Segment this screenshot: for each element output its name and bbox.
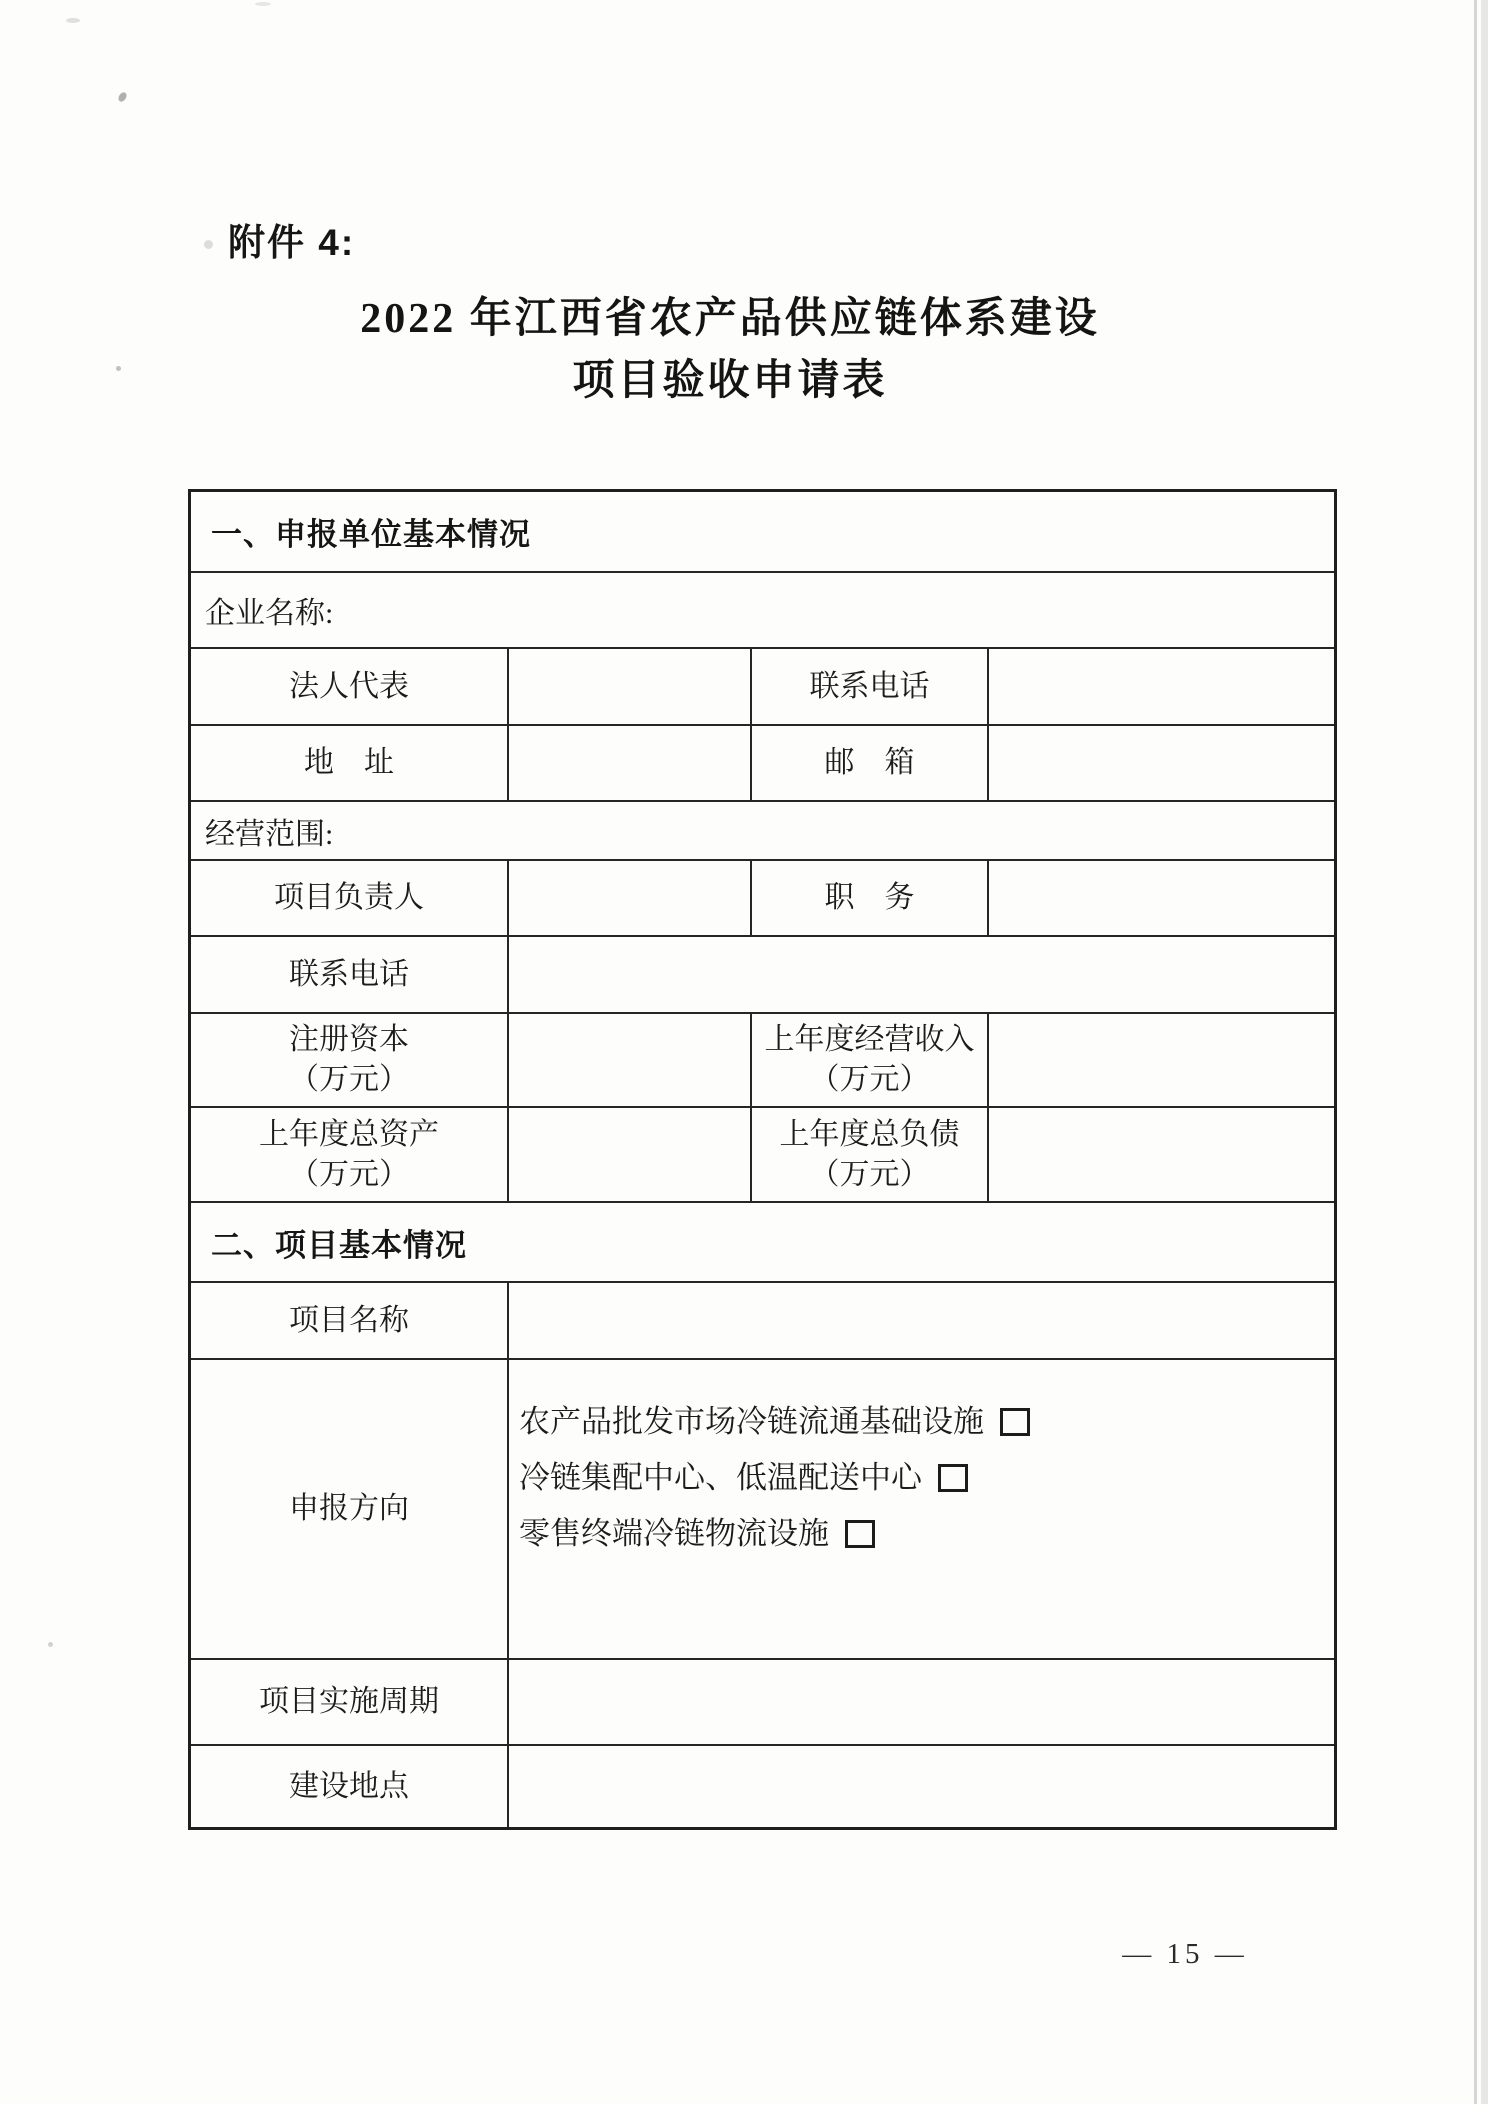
address-label: 地 址 (191, 726, 509, 800)
scan-edge-shadow (1474, 0, 1477, 2104)
document-title-line2: 项目验收申请表 (95, 350, 1365, 412)
scan-speck (255, 2, 271, 6)
checkbox-icon[interactable] (845, 1520, 875, 1548)
legal-rep-value-cell[interactable] (509, 649, 752, 724)
construction-site-label: 建设地点 (191, 1746, 509, 1827)
business-scope-label: 经营范围: (191, 802, 1334, 859)
position-label: 职 务 (752, 861, 989, 935)
direction-option-distribution-label: 冷链集配中心、低温配送中心 (519, 1450, 922, 1506)
scanned-document-page: 附件 4: 2022 年江西省农产品供应链体系建设 项目验收申请表 一、申报单位… (0, 0, 1488, 2104)
application-form-table: 一、申报单位基本情况 企业名称: 法人代表 联系电话 地 址 邮 箱 经营范围:… (188, 489, 1337, 1830)
company-name-label: 企业名称: (191, 573, 1334, 647)
construction-site-row: 建设地点 (191, 1746, 1334, 1827)
direction-option-wholesale: 农产品批发市场冷链流通基础设施 (519, 1394, 1030, 1450)
company-name-row: 企业名称: (191, 573, 1334, 649)
section2-header: 二、项目基本情况 (191, 1203, 1334, 1281)
last-year-income-value-cell[interactable] (989, 1014, 1334, 1106)
project-leader-row: 项目负责人 职 务 (191, 861, 1334, 937)
contact-phone-label: 联系电话 (752, 649, 989, 724)
last-year-income-label: 上年度经营收入 （万元） (752, 1014, 989, 1106)
email-label: 邮 箱 (752, 726, 989, 800)
project-leader-value-cell[interactable] (509, 861, 752, 935)
document-title-line1: 2022 年江西省农产品供应链体系建设 (95, 288, 1365, 350)
scan-speck (117, 91, 128, 103)
scan-edge-band (1481, 0, 1488, 2104)
section1-header-row: 一、申报单位基本情况 (191, 492, 1334, 573)
direction-option-retail: 零售终端冷链物流设施 (519, 1506, 875, 1562)
attachment-label: 附件 4: (228, 212, 355, 266)
project-name-row: 项目名称 (191, 1283, 1334, 1360)
page-number: — 15 — (1080, 1938, 1290, 1971)
project-name-label: 项目名称 (191, 1283, 509, 1358)
leader-phone-value-cell[interactable] (509, 937, 1334, 1012)
registered-capital-label: 注册资本 （万元） (191, 1014, 509, 1106)
position-value-cell[interactable] (989, 861, 1334, 935)
scan-speck (66, 18, 80, 23)
checkbox-icon[interactable] (938, 1464, 968, 1492)
legal-rep-label: 法人代表 (191, 649, 509, 724)
direction-option-wholesale-label: 农产品批发市场冷链流通基础设施 (519, 1394, 984, 1450)
construction-site-value-cell[interactable] (509, 1746, 1334, 1827)
project-name-value-cell[interactable] (509, 1283, 1334, 1358)
application-direction-options: 农产品批发市场冷链流通基础设施 冷链集配中心、低温配送中心 零售终端冷链物流设施 (509, 1360, 1334, 1658)
leader-phone-label: 联系电话 (191, 937, 509, 1012)
registered-capital-row: 注册资本 （万元） 上年度经营收入 （万元） (191, 1014, 1334, 1108)
assets-liabilities-row: 上年度总资产 （万元） 上年度总负债 （万元） (191, 1108, 1334, 1203)
legal-rep-row: 法人代表 联系电话 (191, 649, 1334, 726)
document-title: 2022 年江西省农产品供应链体系建设 项目验收申请表 (95, 288, 1365, 412)
address-row: 地 址 邮 箱 (191, 726, 1334, 802)
scan-speck (48, 1642, 53, 1647)
direction-option-distribution: 冷链集配中心、低温配送中心 (519, 1450, 968, 1506)
email-value-cell[interactable] (989, 726, 1334, 800)
scan-speck (204, 240, 213, 249)
project-leader-label: 项目负责人 (191, 861, 509, 935)
implementation-period-row: 项目实施周期 (191, 1660, 1334, 1746)
registered-capital-value-cell[interactable] (509, 1014, 752, 1106)
last-year-assets-label: 上年度总资产 （万元） (191, 1108, 509, 1201)
section1-header: 一、申报单位基本情况 (191, 492, 1334, 571)
last-year-liabilities-label: 上年度总负债 （万元） (752, 1108, 989, 1201)
scan-speck (116, 366, 121, 371)
address-value-cell[interactable] (509, 726, 752, 800)
last-year-assets-value-cell[interactable] (509, 1108, 752, 1201)
application-direction-label: 申报方向 (191, 1360, 509, 1658)
last-year-liabilities-value-cell[interactable] (989, 1108, 1334, 1201)
leader-phone-row: 联系电话 (191, 937, 1334, 1014)
implementation-period-value-cell[interactable] (509, 1660, 1334, 1744)
direction-option-retail-label: 零售终端冷链物流设施 (519, 1506, 829, 1562)
contact-phone-value-cell[interactable] (989, 649, 1334, 724)
section2-header-row: 二、项目基本情况 (191, 1203, 1334, 1283)
checkbox-icon[interactable] (1000, 1408, 1030, 1436)
application-direction-row: 申报方向 农产品批发市场冷链流通基础设施 冷链集配中心、低温配送中心 零售终端冷… (191, 1360, 1334, 1660)
business-scope-row: 经营范围: (191, 802, 1334, 861)
implementation-period-label: 项目实施周期 (191, 1660, 509, 1744)
